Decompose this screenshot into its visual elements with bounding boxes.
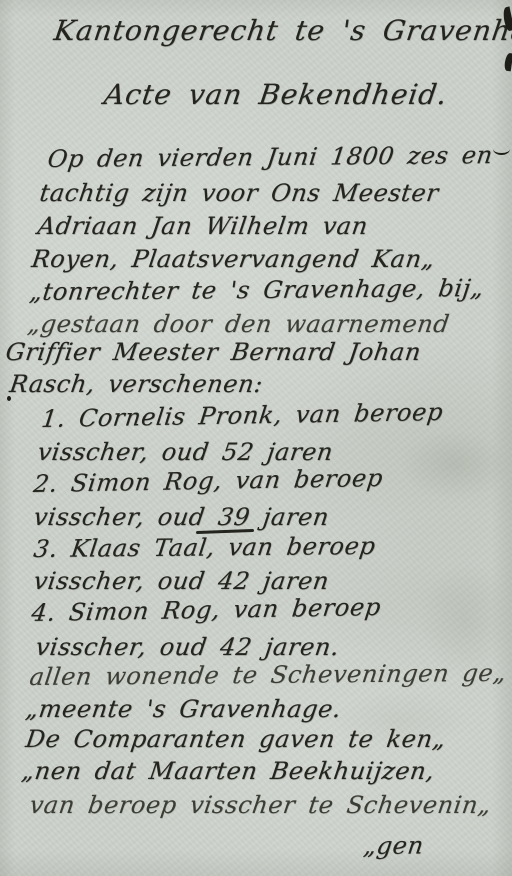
catchword: „gen [362, 832, 425, 859]
manuscript-page: Kantongerecht te 's Gravenhage. Acte van… [0, 0, 512, 876]
manuscript-line: Griffier Meester Bernard Johan [4, 339, 423, 365]
manuscript-line: De Comparanten gaven te ken„ [24, 726, 448, 752]
manuscript-line: allen wonende te Scheveningen ge„ [28, 660, 508, 691]
edge-ink-fragment [504, 53, 512, 72]
manuscript-line: „tonrechter te 's Gravenhage, bij„ [28, 275, 486, 305]
edge-ink-dot [7, 396, 11, 401]
manuscript-line: visscher, oud 39 jaren [32, 504, 331, 530]
document-subtitle: Acte van Bekendheid. [102, 80, 449, 111]
paper-stain [400, 430, 510, 500]
manuscript-line: tachtig zijn voor Ons Meester [38, 180, 440, 206]
manuscript-line: 3. Klaas Taal, van beroep [32, 533, 377, 562]
manuscript-line: 2. Simon Rog, van beroep [32, 465, 385, 497]
manuscript-line: Royen, Plaatsvervangend Kan„ [30, 246, 437, 272]
manuscript-line: 4. Simon Rog, van beroep [30, 594, 383, 626]
manuscript-line: visscher, oud 42 jaren. [34, 634, 341, 660]
manuscript-line: Op den vierden Juni 1800 zes en [46, 142, 494, 172]
manuscript-line: 1. Cornelis Pronk, van beroep [40, 399, 445, 432]
document-title: Kantongerecht te 's Gravenhage. [52, 16, 512, 47]
manuscript-line: visscher, oud 42 jaren [32, 568, 331, 594]
manuscript-line: „gestaan door den waarnemend [26, 311, 451, 337]
manuscript-line: Adriaan Jan Wilhelm van [36, 213, 370, 239]
manuscript-line: „nen dat Maarten Beekhuijzen, [20, 758, 436, 784]
manuscript-line: „meente 's Gravenhage. [24, 696, 343, 722]
manuscript-line: van beroep visscher te Schevenin„ [28, 792, 493, 818]
manuscript-line: Rasch, verschenen: [8, 371, 265, 397]
manuscript-line: visscher, oud 52 jaren [36, 439, 335, 465]
edge-ink-fragment [493, 143, 510, 155]
